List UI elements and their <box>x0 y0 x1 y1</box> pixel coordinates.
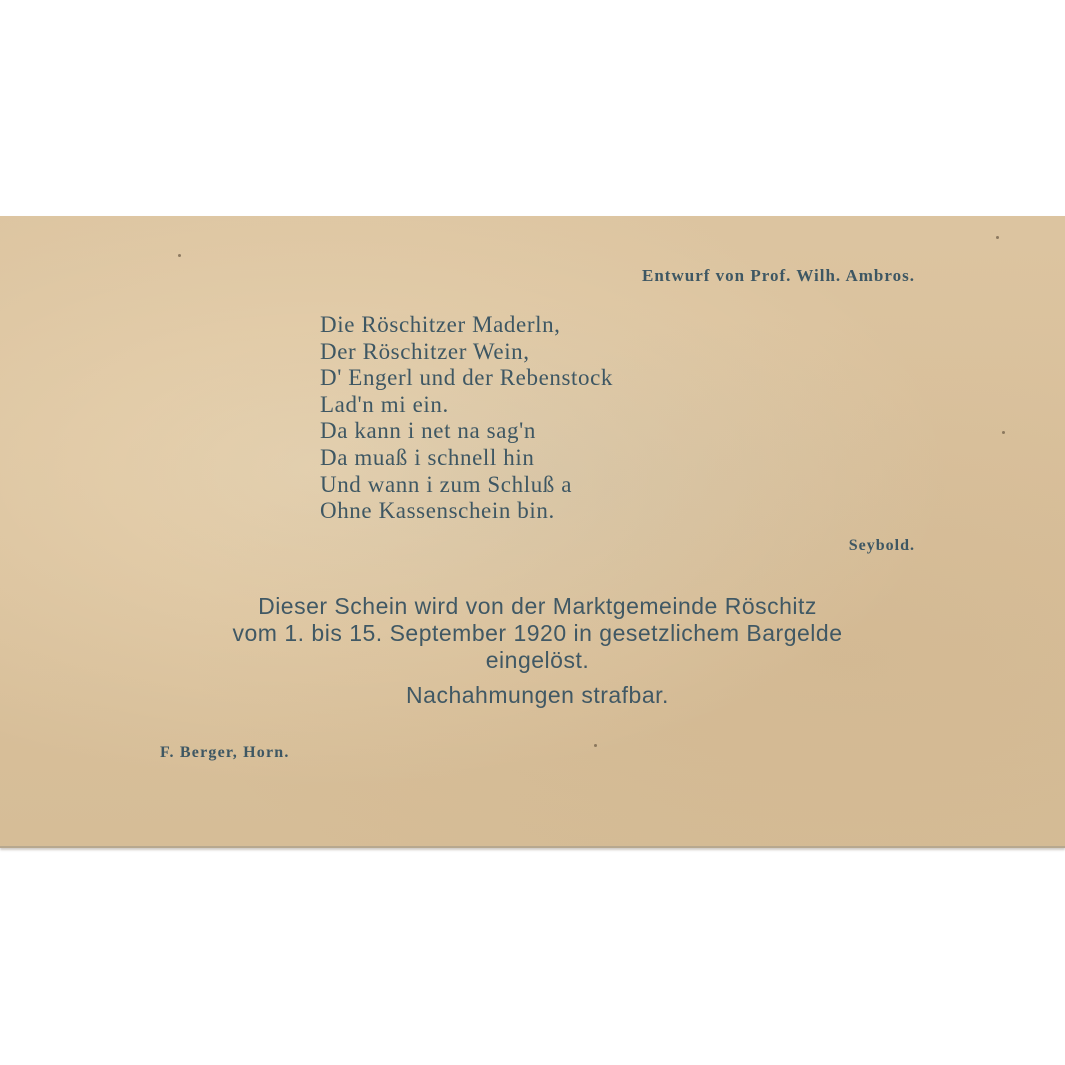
paper-speck <box>594 744 597 747</box>
designer-credit: Entwurf von Prof. Wilh. Ambros. <box>642 266 915 286</box>
paper-speck <box>996 236 999 239</box>
redemption-line: vom 1. bis 15. September 1920 in gesetzl… <box>150 620 925 647</box>
poem-line: Ohne Kassenschein bin. <box>320 498 613 525</box>
poem-line: Da kann i net na sag'n <box>320 418 613 445</box>
poem-line: Die Röschitzer Maderln, <box>320 312 613 339</box>
redemption-line: Dieser Schein wird von der Marktgemeinde… <box>150 593 925 620</box>
banknote: Entwurf von Prof. Wilh. Ambros. Die Rösc… <box>0 216 1065 848</box>
poem: Die Röschitzer Maderln, Der Röschitzer W… <box>320 312 613 525</box>
poem-line: D' Engerl und der Rebenstock <box>320 365 613 392</box>
paper-speck <box>178 254 181 257</box>
poem-line: Und wann i zum Schluß a <box>320 472 613 499</box>
printer-credit: F. Berger, Horn. <box>160 744 290 762</box>
poem-line: Da muaß i schnell hin <box>320 445 613 472</box>
poem-line: Der Röschitzer Wein, <box>320 339 613 366</box>
redemption-line: eingelöst. <box>150 647 925 674</box>
poem-line: Lad'n mi ein. <box>320 392 613 419</box>
paper-speck <box>1002 431 1005 434</box>
redemption-notice: Dieser Schein wird von der Marktgemeinde… <box>150 593 925 674</box>
counterfeit-warning: Nachahmungen strafbar. <box>150 682 925 709</box>
poem-author: Seybold. <box>849 537 915 555</box>
